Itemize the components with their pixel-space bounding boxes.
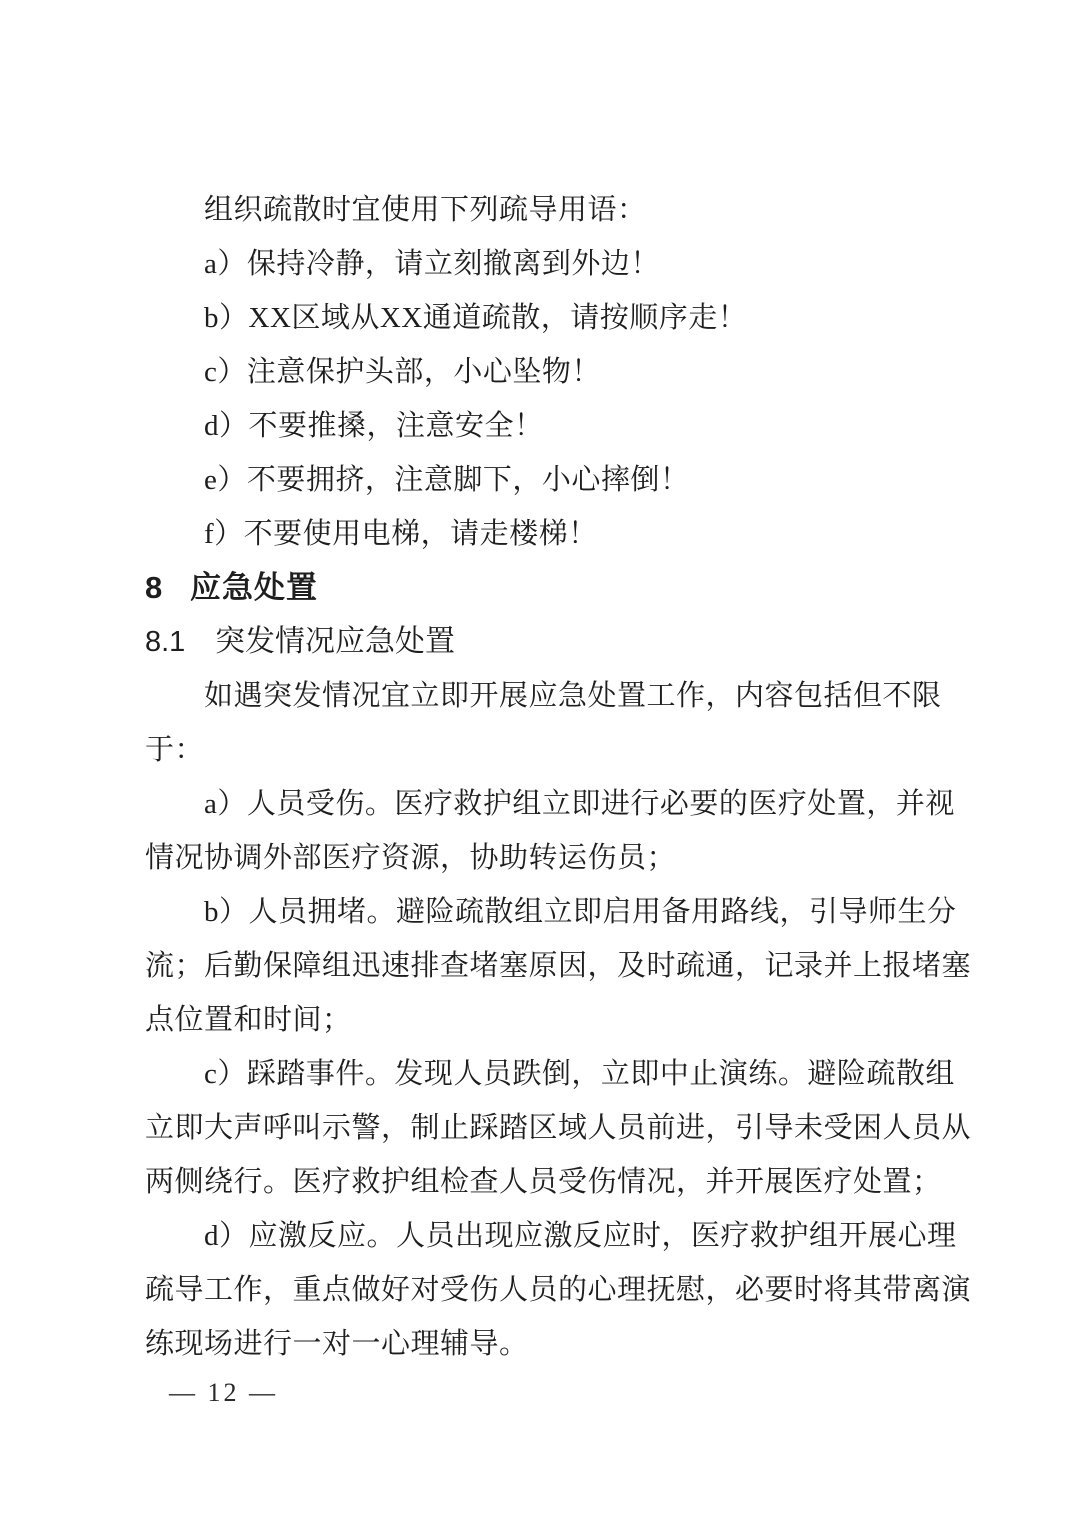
page-number: — 12 — <box>169 1377 1015 1409</box>
response-item-b-line-2: 流；后勤保障组迅速排查堵塞原因，及时疏通，记录并上报堵塞 <box>145 939 1015 993</box>
response-item-d-line-1: d）应激反应。人员出现应激反应时，医疗救护组开展心理 <box>145 1209 1015 1263</box>
phrase-item-b: b）XX区域从XX通道疏散，请按顺序走！ <box>145 291 1015 345</box>
para-8-1-intro-line-2: 于： <box>145 723 1015 777</box>
response-item-c-line-2: 立即大声呼叫示警，制止踩踏区域人员前进，引导未受困人员从 <box>145 1101 1015 1155</box>
page-content: 组织疏散时宜使用下列疏导用语： a）保持冷静，请立刻撤离到外边！ b）XX区域从… <box>145 183 1015 1409</box>
phrase-item-d: d）不要推搡，注意安全！ <box>145 399 1015 453</box>
section-8-number: 8 <box>145 561 190 615</box>
response-item-d-line-3: 练现场进行一对一心理辅导。 <box>145 1317 1015 1371</box>
document-page: 组织疏散时宜使用下列疏导用语： a）保持冷静，请立刻撤离到外边！ b）XX区域从… <box>0 0 1080 1527</box>
section-8-heading: 8应急处置 <box>145 561 1015 615</box>
section-8-1-heading: 8.1突发情况应急处置 <box>145 615 1015 669</box>
response-item-b-line-1: b）人员拥堵。避险疏散组立即启用备用路线，引导师生分 <box>145 885 1015 939</box>
response-item-a-line-2: 情况协调外部医疗资源，协助转运伤员； <box>145 831 1015 885</box>
response-item-d-line-2: 疏导工作，重点做好对受伤人员的心理抚慰，必要时将其带离演 <box>145 1263 1015 1317</box>
response-item-b-line-3: 点位置和时间； <box>145 993 1015 1047</box>
phrase-item-e: e）不要拥挤，注意脚下，小心摔倒！ <box>145 453 1015 507</box>
section-8-title: 应急处置 <box>190 570 318 605</box>
response-item-a-line-1: a）人员受伤。医疗救护组立即进行必要的医疗处置，并视 <box>145 777 1015 831</box>
evacuation-intro-line: 组织疏散时宜使用下列疏导用语： <box>145 183 1015 237</box>
section-8-1-title: 突发情况应急处置 <box>215 625 455 658</box>
response-item-c-line-1: c）踩踏事件。发现人员跌倒，立即中止演练。避险疏散组 <box>145 1047 1015 1101</box>
section-8-1-number: 8.1 <box>145 615 215 669</box>
para-8-1-intro-line-1: 如遇突发情况宜立即开展应急处置工作，内容包括但不限 <box>145 669 1015 723</box>
response-item-c-line-3: 两侧绕行。医疗救护组检查人员受伤情况，并开展医疗处置； <box>145 1155 1015 1209</box>
phrase-item-a: a）保持冷静，请立刻撤离到外边！ <box>145 237 1015 291</box>
phrase-item-c: c）注意保护头部，小心坠物！ <box>145 345 1015 399</box>
phrase-item-f: f）不要使用电梯，请走楼梯！ <box>145 507 1015 561</box>
